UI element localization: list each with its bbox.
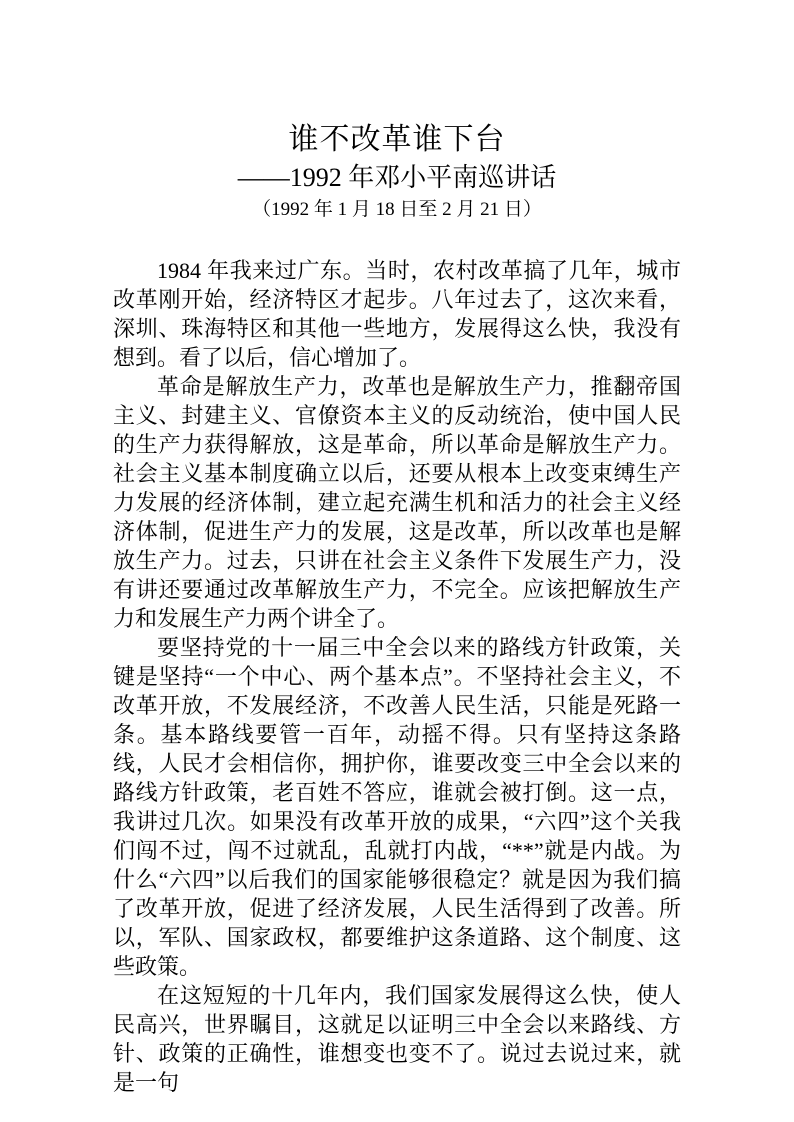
paragraph-1: 1984 年我来过广东。当时，农村改革搞了几年，城市改革刚开始，经济特区才起步。… [113,256,681,372]
paragraph-2: 革命是解放生产力，改革也是解放生产力，推翻帝国主义、封建主义、官僚资本主义的反动… [113,372,681,633]
document-dateline: （1992 年 1 月 18 日至 2 月 21 日） [113,196,681,224]
paragraph-3: 要坚持党的十一届三中全会以来的路线方针政策，关键是坚持“一个中心、两个基本点”。… [113,633,681,981]
document-title: 谁不改革谁下台 [113,120,681,160]
document-page: 谁不改革谁下台 ——1992 年邓小平南巡讲话 （1992 年 1 月 18 日… [0,0,794,1122]
document-subtitle: ——1992 年邓小平南巡讲话 [113,160,681,196]
document-body: 1984 年我来过广东。当时，农村改革搞了几年，城市改革刚开始，经济特区才起步。… [113,256,681,1097]
paragraph-4: 在这短短的十几年内，我们国家发展得这么快，使人民高兴，世界瞩目，这就足以证明三中… [113,981,681,1097]
